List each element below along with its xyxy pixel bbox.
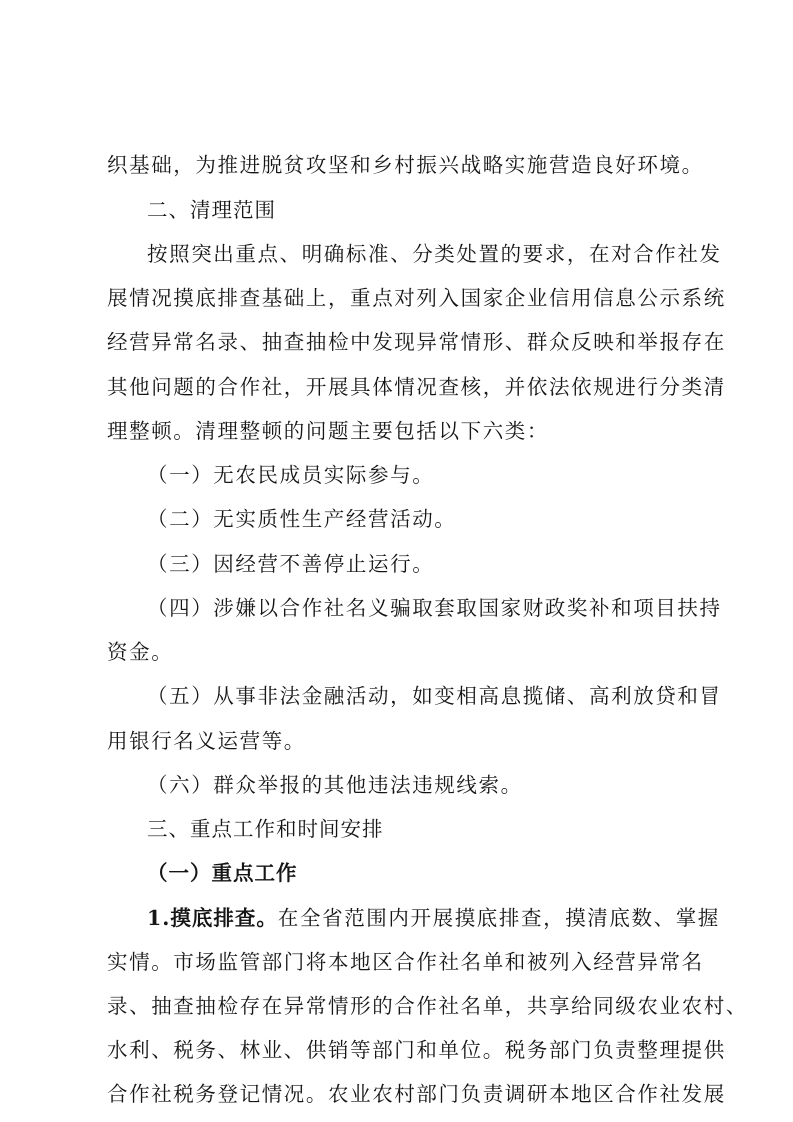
paragraph-line: 经营异常名录、抽查抽检中发现异常情形、群众反映和举报存在 xyxy=(107,330,697,354)
paragraph-line: 实情。市场监管部门将本地区合作社名单和被列入经营异常名 xyxy=(107,950,697,974)
subsection-heading: （一）重点工作 xyxy=(147,861,697,885)
list-item: （五）从事非法金融活动，如变相高息揽储、高利放贷和冒 xyxy=(147,684,697,708)
section-heading-key-work: 三、重点工作和时间安排 xyxy=(147,817,697,841)
list-item: （四）涉嫌以合作社名义骗取套取国家财政奖补和项目扶持 xyxy=(147,596,697,620)
item-title: 1.摸底排查。 xyxy=(147,906,278,930)
paragraph-line: 1.摸底排查。在全省范围内开展摸底排查，摸清底数、掌握 xyxy=(147,906,697,930)
paragraph-line: 织基础，为推进脱贫攻坚和乡村振兴战略实施营造良好环境。 xyxy=(107,153,697,177)
list-item: （三）因经营不善停止运行。 xyxy=(147,552,697,576)
item-text: 在全省范围内开展摸底排查，摸清底数、掌握 xyxy=(278,906,720,930)
paragraph-line: 按照突出重点、明确标准、分类处置的要求，在对合作社发 xyxy=(147,242,697,266)
paragraph-line: 录、抽查抽检存在异常情形的合作社名单，共享给同级农业农村、 xyxy=(107,994,697,1018)
paragraph-line: 其他问题的合作社，开展具体情况查核，并依法依规进行分类清 xyxy=(107,375,697,399)
section-heading-scope: 二、清理范围 xyxy=(147,198,697,222)
paragraph-line: 理整顿。清理整顿的问题主要包括以下六类： xyxy=(107,419,697,443)
paragraph-line: 水利、税务、林业、供销等部门和单位。税务部门负责整理提供 xyxy=(107,1038,697,1062)
list-item: （六）群众举报的其他违法违规线索。 xyxy=(147,773,697,797)
list-item-continuation: 用银行名义运营等。 xyxy=(107,729,697,753)
list-item-continuation: 资金。 xyxy=(107,640,697,664)
paragraph-line: 合作社税务登记情况。农业农村部门负责调研本地区合作社发展 xyxy=(107,1082,697,1106)
list-item: （一）无农民成员实际参与。 xyxy=(147,463,697,487)
document-page: 织基础，为推进脱贫攻坚和乡村振兴战略实施营造良好环境。 二、清理范围 按照突出重… xyxy=(0,0,793,1122)
paragraph-line: 展情况摸底排查基础上，重点对列入国家企业信用信息公示系统 xyxy=(107,286,697,310)
list-item: （二）无实质性生产经营活动。 xyxy=(147,507,697,531)
